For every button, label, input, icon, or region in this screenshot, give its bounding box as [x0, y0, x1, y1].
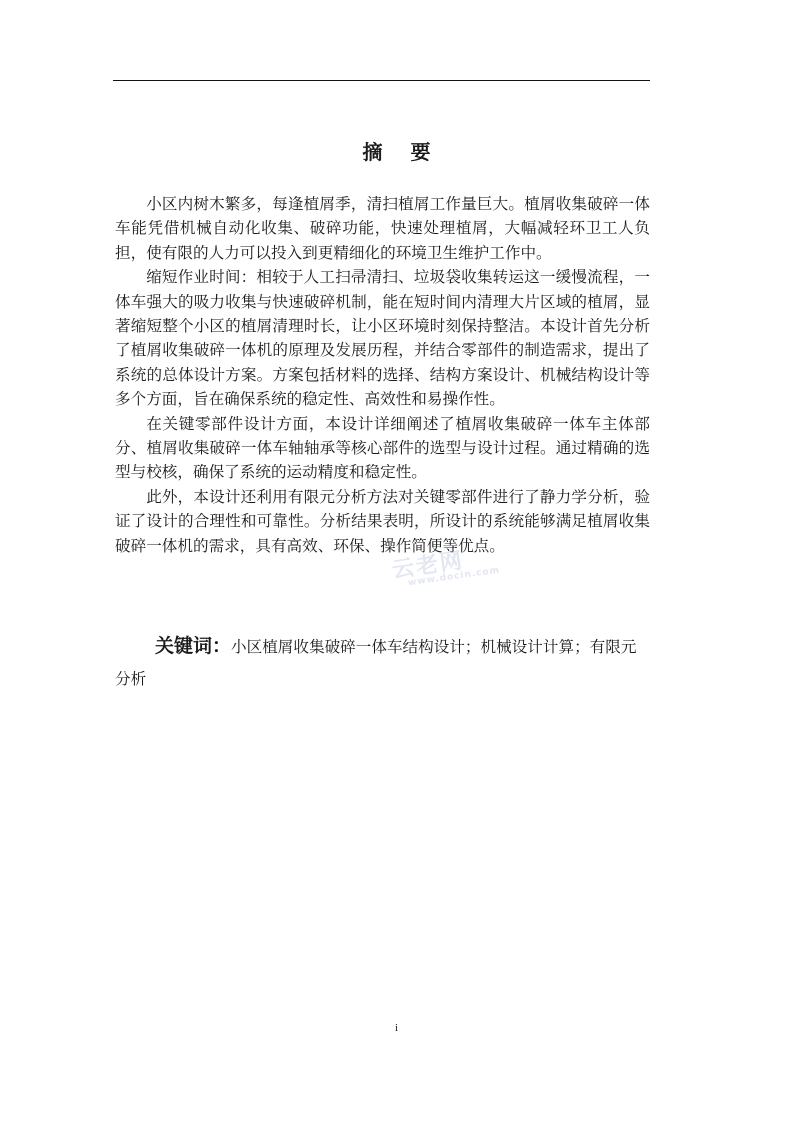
- abstract-paragraph: 此外，本设计还利用有限元分析方法对关键零部件进行了静力学分析，验证了设计的合理性…: [115, 485, 650, 558]
- abstract-paragraph: 在关键零部件设计方面，本设计详细阐述了植屑收集破碎一体车主体部分、植屑收集破碎一…: [115, 412, 650, 485]
- page-number: i: [0, 1022, 793, 1034]
- page-title: 摘要: [0, 136, 793, 165]
- abstract-paragraph: 小区内树木繁多，每逢植屑季，清扫植屑工作量巨大。植屑收集破碎一体车能凭借机械自动…: [115, 192, 650, 265]
- keywords: 关键词：小区植屑收集破碎一体车结构设计；机械设计计算；有限元分析: [115, 630, 650, 695]
- title-char: 要: [411, 136, 431, 165]
- abstract-body: 小区内树木繁多，每逢植屑季，清扫植屑工作量巨大。植屑收集破碎一体车能凭借机械自动…: [115, 192, 650, 558]
- abstract-paragraph: 缩短作业时间：相较于人工扫帚清扫、垃圾袋收集转运这一缓慢流程，一体车强大的吸力收…: [115, 265, 650, 411]
- watermark-subtext: www.docin.com: [408, 566, 501, 589]
- keywords-label: 关键词：: [155, 635, 231, 657]
- title-char: 摘: [363, 136, 383, 165]
- header-rule: [113, 80, 650, 81]
